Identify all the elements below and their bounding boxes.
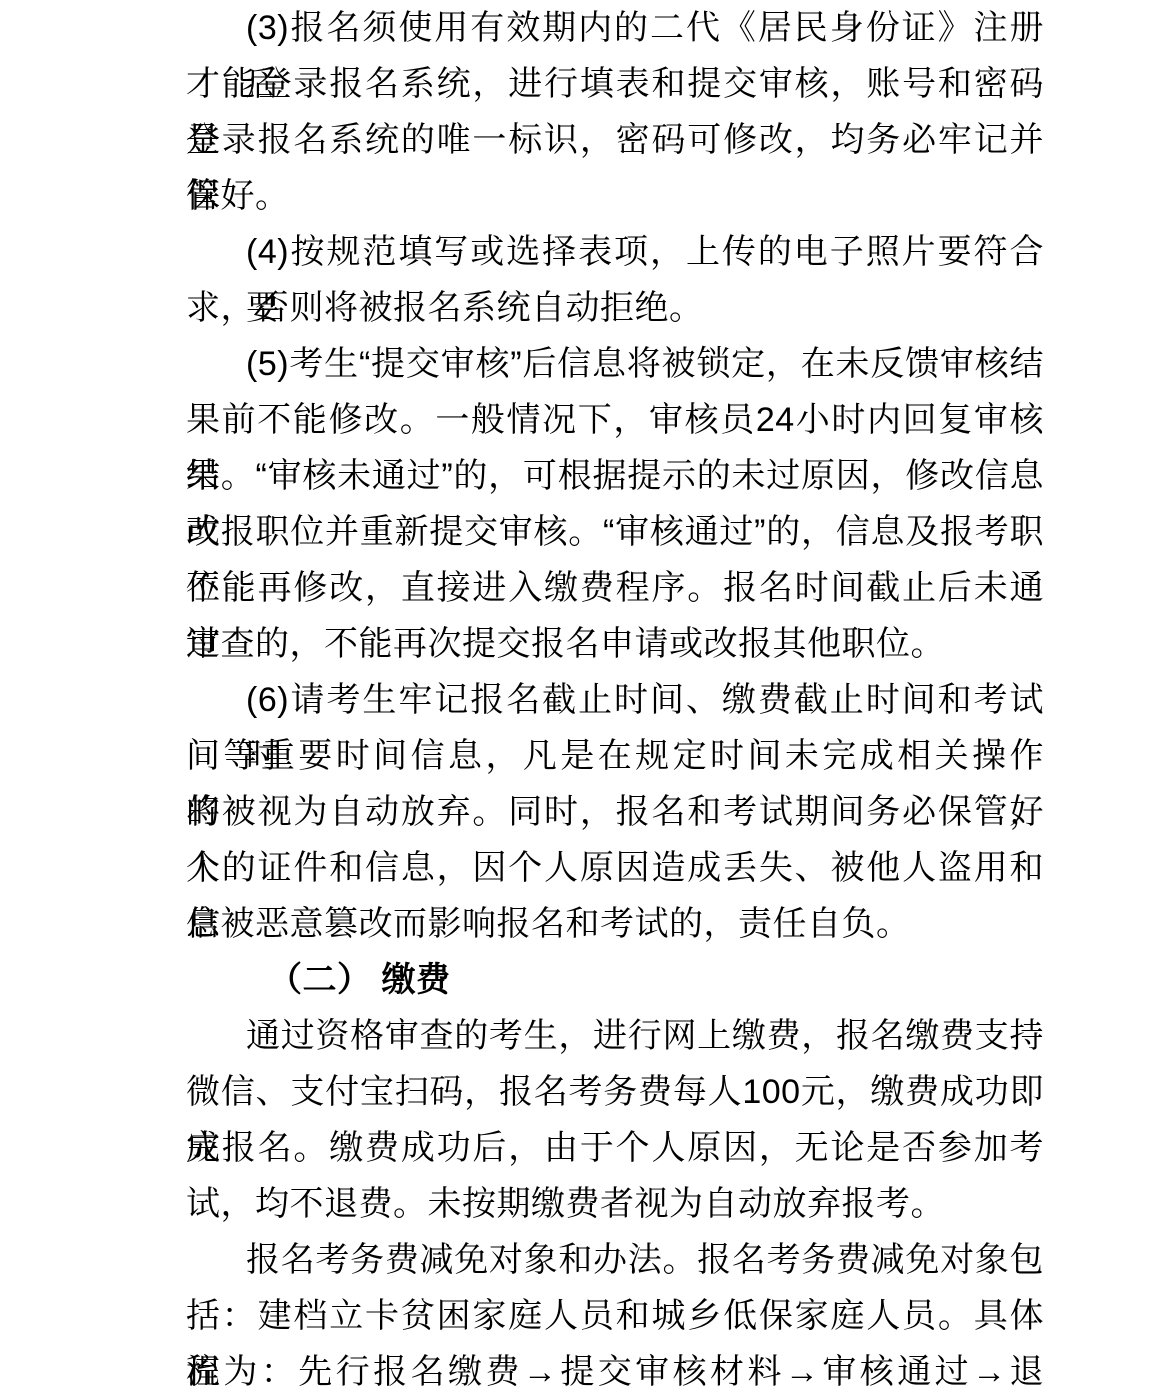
text-line: (5)考生“提交审核”后信息将被锁定，在未反馈审核结	[186, 336, 1044, 392]
text-line: 改报职位并重新提交审核。“审核通过”的，信息及报考职位	[186, 504, 1044, 560]
document-body: (3)报名须使用有效期内的二代《居民身份证》注册后才能登录报名系统，进行填表和提…	[186, 0, 1044, 1399]
text-line: 果。“审核未通过”的，可根据提示的未过原因，修改信息或	[186, 448, 1044, 504]
text-line: 才能登录报名系统，进行填表和提交审核，账号和密码是	[186, 56, 1044, 112]
text-line: 试，均不退费。未按期缴费者视为自动放弃报考。	[186, 1176, 1044, 1232]
text-line: (4)按规范填写或选择表项，上传的电子照片要符合要	[186, 224, 1044, 280]
text-line: 程为：先行报名缴费→提交审核材料→审核通过→退费。	[186, 1344, 1044, 1399]
text-line: 报名考务费减免对象和办法。报名考务费减免对象包	[186, 1232, 1044, 1288]
text-line: 审查的，不能再次提交报名申请或改报其他职位。	[186, 616, 1044, 672]
text-line: 人的证件和信息，因个人原因造成丢失、被他人盗用和信	[186, 840, 1044, 896]
text-line: 括：建档立卡贫困家庭人员和城乡低保家庭人员。具体流	[186, 1288, 1044, 1344]
text-line: 成报名。缴费成功后，由于个人原因，无论是否参加考	[186, 1120, 1044, 1176]
text-line: 间等重要时间信息，凡是在规定时间未完成相关操作的，	[186, 728, 1044, 784]
text-line: 将被视为自动放弃。同时，报名和考试期间务必保管好个	[186, 784, 1044, 840]
text-line: 不能再修改，直接进入缴费程序。报名时间截止后未通过	[186, 560, 1044, 616]
text-line: 通过资格审查的考生，进行网上缴费，报名缴费支持	[186, 1008, 1044, 1064]
text-line: 微信、支付宝扫码，报名考务费每人100元，缴费成功即完	[186, 1064, 1044, 1120]
text-line: 息被恶意篡改而影响报名和考试的，责任自负。	[186, 896, 1044, 952]
document-page: (3)报名须使用有效期内的二代《居民身份证》注册后才能登录报名系统，进行填表和提…	[0, 0, 1174, 1399]
text-line: 果前不能修改。一般情况下，审核员24小时内回复审核结	[186, 392, 1044, 448]
text-line: (6)请考生牢记报名截止时间、缴费截止时间和考试时	[186, 672, 1044, 728]
text-line: 管好。	[186, 168, 1044, 224]
text-line: 登录报名系统的唯一标识，密码可修改，均务必牢记并保	[186, 112, 1044, 168]
section-heading: （二） 缴费	[186, 952, 1044, 1008]
text-line: (3)报名须使用有效期内的二代《居民身份证》注册后	[186, 0, 1044, 56]
text-line: 求，否则将被报名系统自动拒绝。	[186, 280, 1044, 336]
